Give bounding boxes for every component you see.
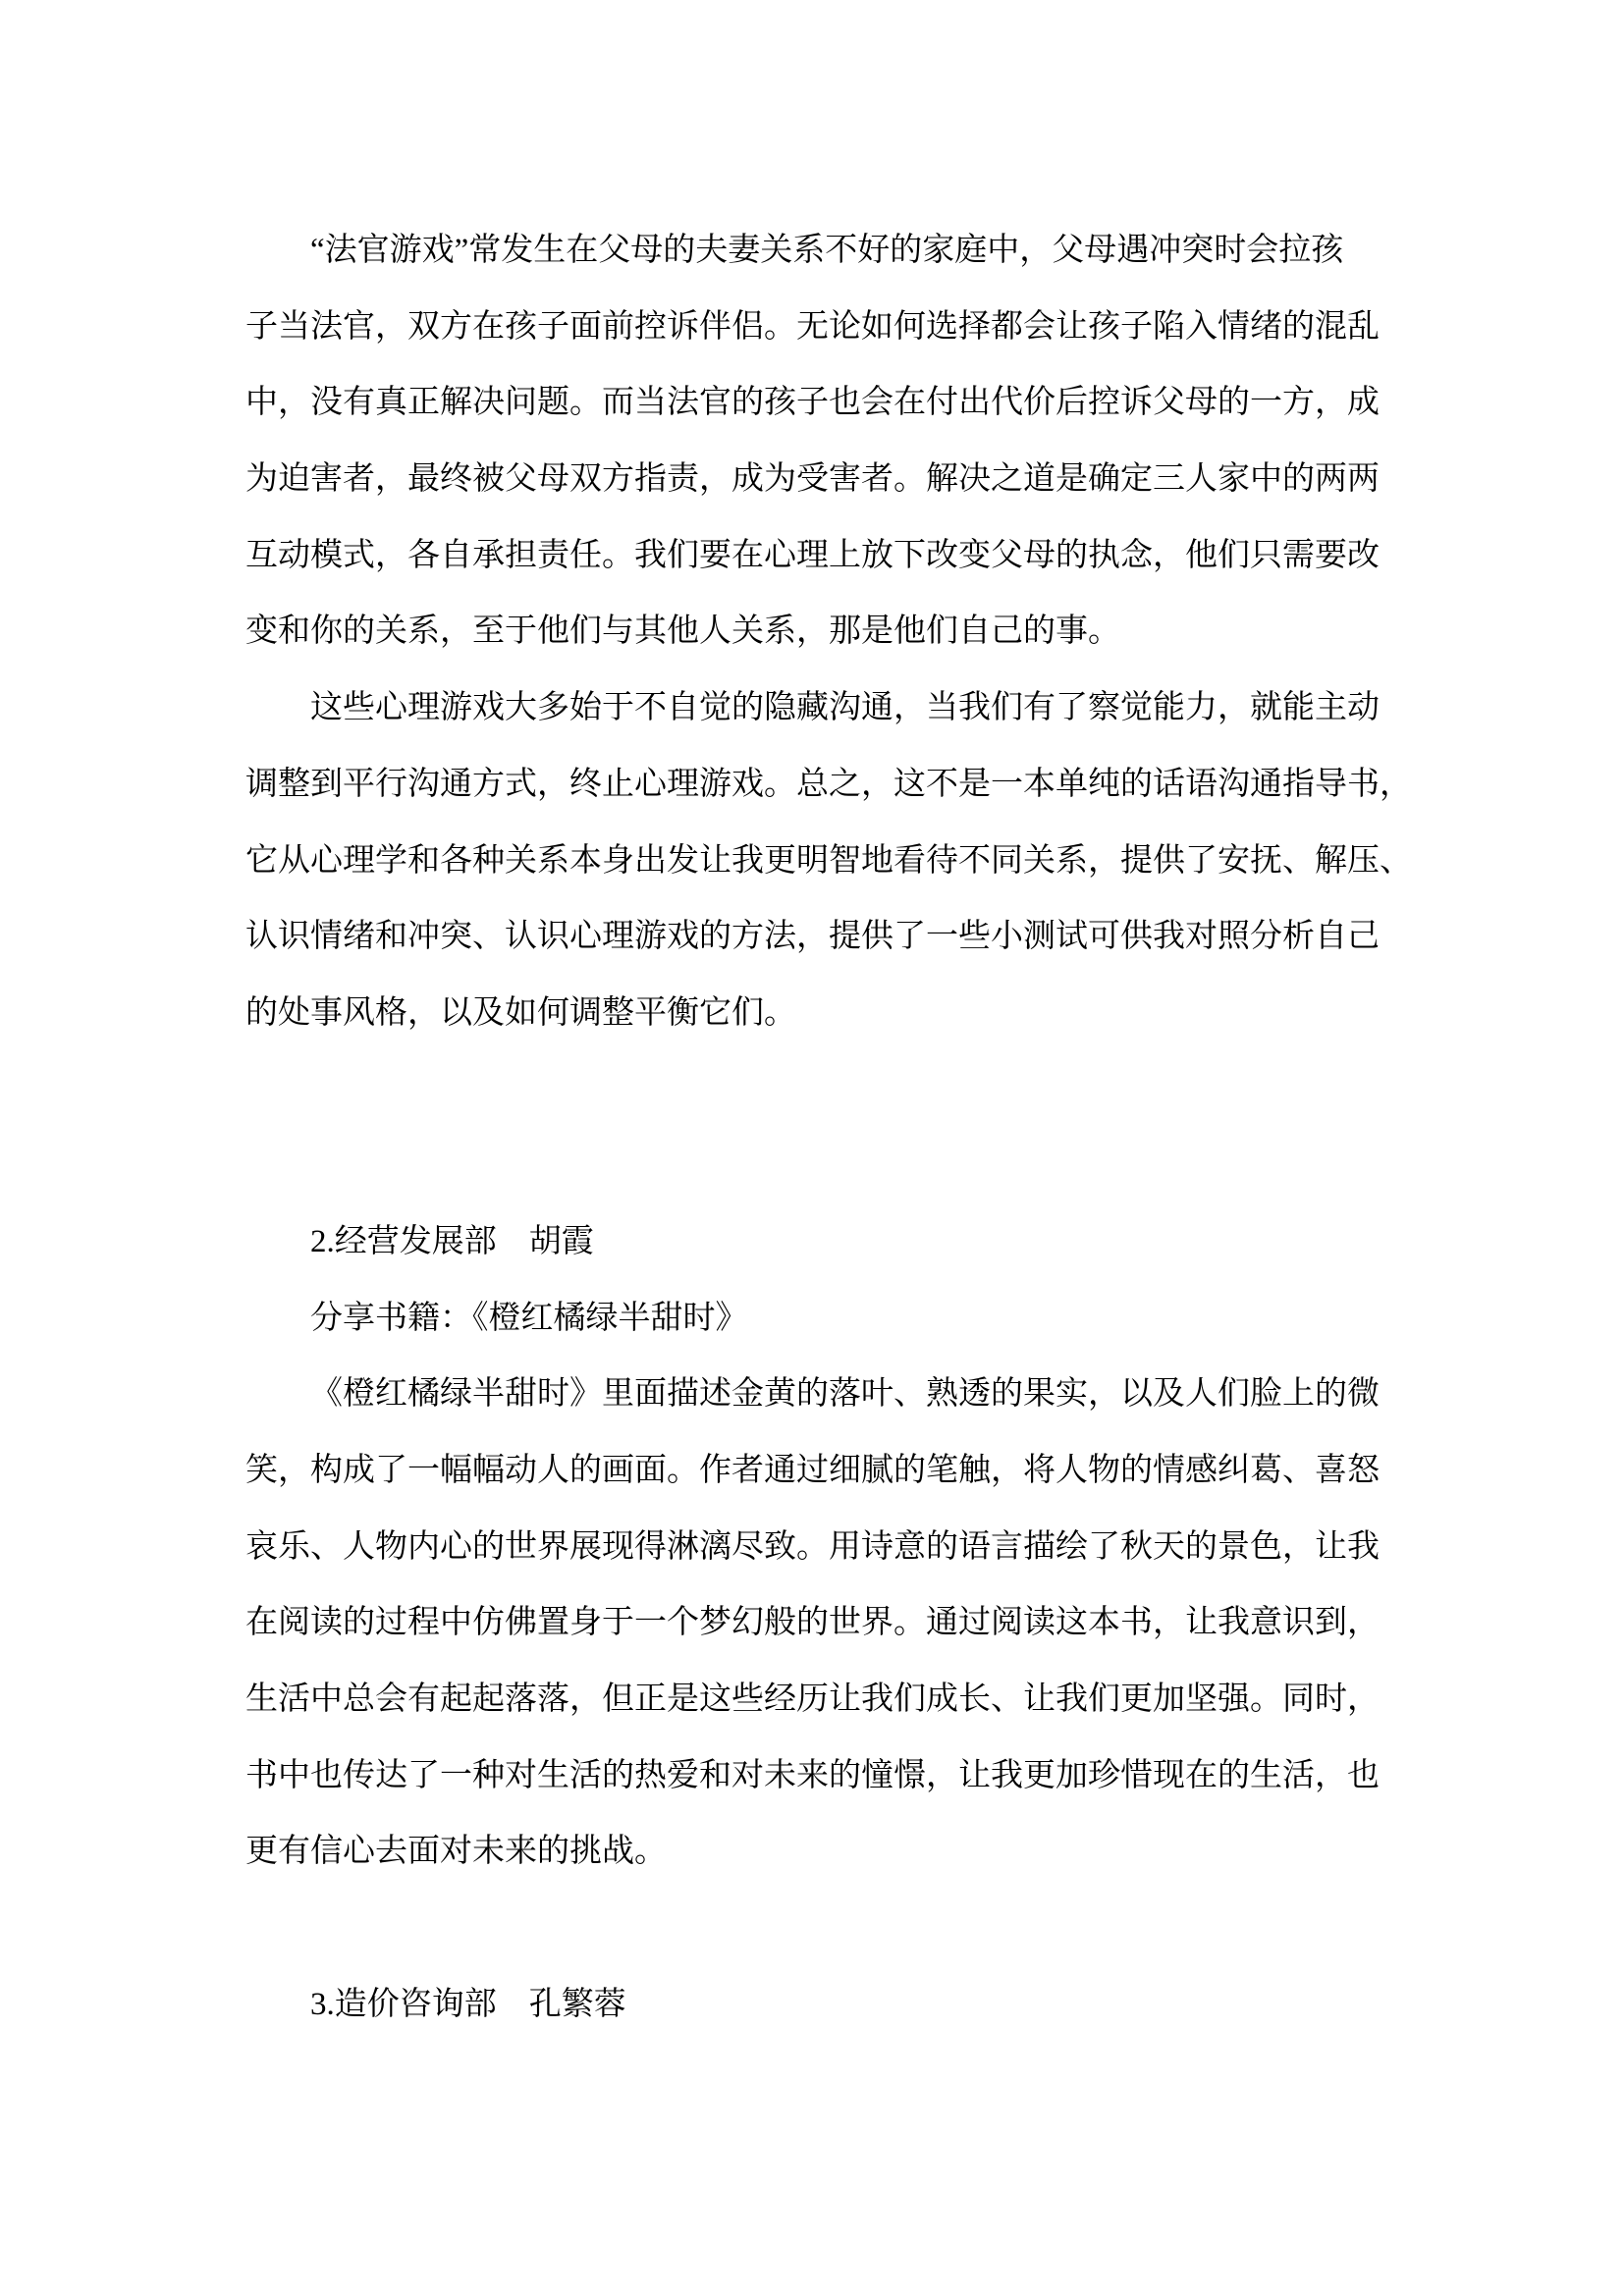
text-line: 哀乐、人物内心的世界展现得淋漓尽致。用诗意的语言描绘了秋天的景色，让我 — [245, 1510, 1380, 1586]
text-line: 调整到平行沟通方式，终止心理游戏。总之，这不是一本单纯的话语沟通指导书， — [245, 747, 1380, 824]
text-line: 互动模式，各自承担责任。我们要在心理上放下改变父母的执念，他们只需要改 — [245, 518, 1380, 595]
text-line: 认识情绪和冲突、认识心理游戏的方法，提供了一些小测试可供我对照分析自己 — [245, 899, 1380, 976]
text-line: 的处事风格，以及如何调整平衡它们。 — [245, 976, 1380, 1052]
section-heading-dept-2: 2.经营发展部 胡霞 — [245, 1204, 1380, 1281]
blank-line — [245, 1891, 1380, 1967]
text-line: 《橙红橘绿半甜时》里面描述金黄的落叶、熟透的果实，以及人们脸上的微 — [245, 1357, 1380, 1433]
text-line: 书中也传达了一种对生活的热爱和对未来的憧憬，让我更加珍惜现在的生活，也 — [245, 1738, 1380, 1815]
text-line: 它从心理学和各种关系本身出发让我更明智地看待不同关系，提供了安抚、解压、 — [245, 824, 1380, 900]
text-line: 笑，构成了一幅幅动人的画面。作者通过细腻的笔触，将人物的情感纠葛、喜怒 — [245, 1433, 1380, 1510]
blank-line — [245, 1052, 1380, 1129]
text-line: 中，没有真正解决问题。而当法官的孩子也会在付出代价后控诉父母的一方，成 — [245, 365, 1380, 442]
document-text: “法官游戏”常发生在父母的夫妻关系不好的家庭中，父母遇冲突时会拉孩子当法官，双方… — [245, 213, 1380, 2044]
text-line: 子当法官，双方在孩子面前控诉伴侣。无论如何选择都会让孩子陷入情绪的混乱 — [245, 290, 1380, 366]
text-line: 更有信心去面对未来的挑战。 — [245, 1814, 1380, 1891]
text-line: 这些心理游戏大多始于不自觉的隐藏沟通，当我们有了察觉能力，就能主动 — [245, 670, 1380, 747]
text-line: 变和你的关系，至于他们与其他人关系，那是他们自己的事。 — [245, 594, 1380, 670]
book-title-line: 分享书籍：《橙红橘绿半甜时》 — [245, 1281, 1380, 1358]
text-line: “法官游戏”常发生在父母的夫妻关系不好的家庭中，父母遇冲突时会拉孩 — [245, 213, 1380, 290]
text-line: 生活中总会有起起落落，但正是这些经历让我们成长、让我们更加坚强。同时， — [245, 1662, 1380, 1738]
text-line: 为迫害者，最终被父母双方指责，成为受害者。解决之道是确定三人家中的两两 — [245, 442, 1380, 518]
blank-line — [245, 1128, 1380, 1204]
text-line: 在阅读的过程中仿佛置身于一个梦幻般的世界。通过阅读这本书，让我意识到， — [245, 1585, 1380, 1662]
section-heading-dept-3: 3.造价咨询部 孔繁蓉 — [245, 1967, 1380, 2044]
document-page: “法官游戏”常发生在父母的夫妻关系不好的家庭中，父母遇冲突时会拉孩子当法官，双方… — [0, 0, 1624, 2296]
